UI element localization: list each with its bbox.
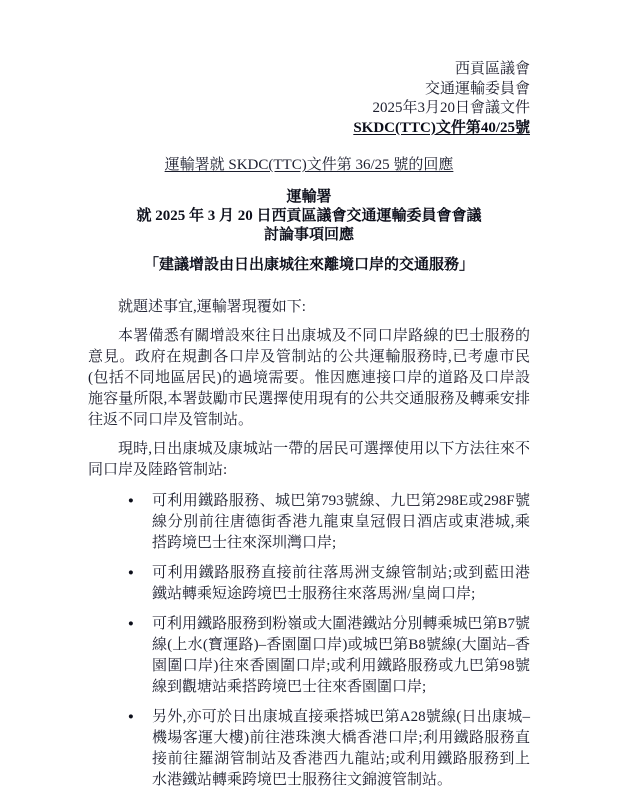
main-title-meeting: 就 2025 年 3 月 20 日西貢區議會交通運輸委員會會議 xyxy=(0,207,618,226)
header-council: 西貢區議會 xyxy=(0,60,530,80)
document-page: 西貢區議會 交通運輸委員會 2025年3月20日會議文件 SKDC(TTC)文件… xyxy=(0,0,618,800)
document-body: 就題述事宜,運輸署現覆如下: 本署備悉有關增設來往日出康城及不同口岸路線的巴士服… xyxy=(88,297,530,791)
main-title: 運輸署 就 2025 年 3 月 20 日西貢區議會交通運輸委員會會議 討論事項… xyxy=(0,188,618,245)
bullet-item-4: ● 另外,亦可於日出康城直接乘搭城巴第A28號線(日出康城–機場客運大樓)前往港… xyxy=(128,707,530,791)
subject-title: 「建議增設由日出康城往來離境口岸的交通服務」 xyxy=(0,255,618,276)
header-doc-number: SKDC(TTC)文件第40/25號 xyxy=(0,119,530,139)
main-title-response: 討論事項回應 xyxy=(0,226,618,245)
bullet-text-2: 可利用鐵路服務直接前往落馬洲支線管制站;或到藍田港鐵站轉乘短途跨境巴士服務往來落… xyxy=(152,563,530,605)
bullet-icon: ● xyxy=(128,614,152,698)
intro-paragraph: 就題述事宜,運輸署現覆如下: xyxy=(88,297,530,318)
main-title-department: 運輸署 xyxy=(0,188,618,207)
header-committee: 交通運輸委員會 xyxy=(0,80,530,100)
bullet-text-4: 另外,亦可於日出康城直接乘搭城巴第A28號線(日出康城–機場客運大樓)前往港珠澳… xyxy=(152,707,530,791)
response-heading: 運輸署就 SKDC(TTC)文件第 36/25 號的回應 xyxy=(0,155,618,176)
bullet-list: ● 可利用鐵路服務、城巴第793號線、九巴第298E或298F號線分別前往唐德街… xyxy=(128,491,530,791)
paragraph-1: 本署備悉有關增設來往日出康城及不同口岸路線的巴士服務的意見。政府在規劃各口岸及管… xyxy=(88,326,530,431)
bullet-text-1: 可利用鐵路服務、城巴第793號線、九巴第298E或298F號線分別前往唐德街香港… xyxy=(152,491,530,554)
bullet-icon: ● xyxy=(128,707,152,791)
bullet-item-2: ● 可利用鐵路服務直接前往落馬洲支線管制站;或到藍田港鐵站轉乘短途跨境巴士服務往… xyxy=(128,563,530,605)
document-header: 西貢區議會 交通運輸委員會 2025年3月20日會議文件 SKDC(TTC)文件… xyxy=(0,60,530,138)
header-meeting-doc: 2025年3月20日會議文件 xyxy=(0,99,530,119)
paragraph-2: 現時,日出康城及康城站一帶的居民可選擇使用以下方法往來不同口岸及陸路管制站: xyxy=(88,439,530,481)
bullet-item-3: ● 可利用鐵路服務到粉嶺或大圍港鐵站分別轉乘城巴第B7號線(上水(寶運路)–香園… xyxy=(128,614,530,698)
bullet-item-1: ● 可利用鐵路服務、城巴第793號線、九巴第298E或298F號線分別前往唐德街… xyxy=(128,491,530,554)
bullet-icon: ● xyxy=(128,563,152,605)
bullet-icon: ● xyxy=(128,491,152,554)
bullet-text-3: 可利用鐵路服務到粉嶺或大圍港鐵站分別轉乘城巴第B7號線(上水(寶運路)–香園圍口… xyxy=(152,614,530,698)
